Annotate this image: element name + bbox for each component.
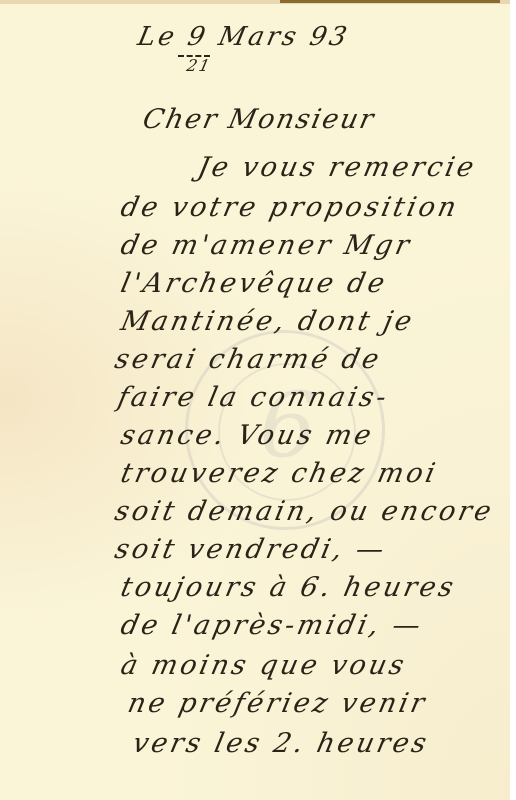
body-line: à moins que vous bbox=[118, 650, 410, 681]
body-line: trouverez chez moi bbox=[118, 458, 441, 489]
letter-page: 6 Le 9 Mars 93 21 Cher Monsieur Je vous … bbox=[0, 0, 510, 800]
body-line: de m'amener Mgr bbox=[118, 230, 415, 261]
body-line: faire la connais- bbox=[115, 382, 392, 413]
letter-salutation: Cher Monsieur bbox=[140, 104, 378, 135]
letter-date-denominator: 21 bbox=[185, 56, 213, 75]
body-line: de votre proposition bbox=[118, 192, 462, 223]
body-line: soit demain, ou encore bbox=[112, 496, 497, 527]
body-line: l'Archevêque de bbox=[118, 268, 390, 299]
body-line: ne préfériez venir bbox=[125, 688, 430, 719]
body-line: serai charmé de bbox=[112, 344, 385, 375]
body-line: de l'après-midi, — bbox=[118, 610, 426, 641]
body-line: soit vendredi, — bbox=[112, 534, 390, 565]
body-line: Je vous remercie bbox=[195, 152, 479, 183]
body-line: sance. Vous me bbox=[118, 420, 377, 451]
letter-date: Le 9 Mars 93 bbox=[135, 22, 352, 52]
body-line: vers les 2. heures bbox=[130, 728, 432, 759]
body-line: Mantinée, dont je bbox=[118, 306, 417, 337]
paper-top-shadow bbox=[280, 0, 500, 3]
body-line: toujours à 6. heures bbox=[118, 572, 459, 603]
